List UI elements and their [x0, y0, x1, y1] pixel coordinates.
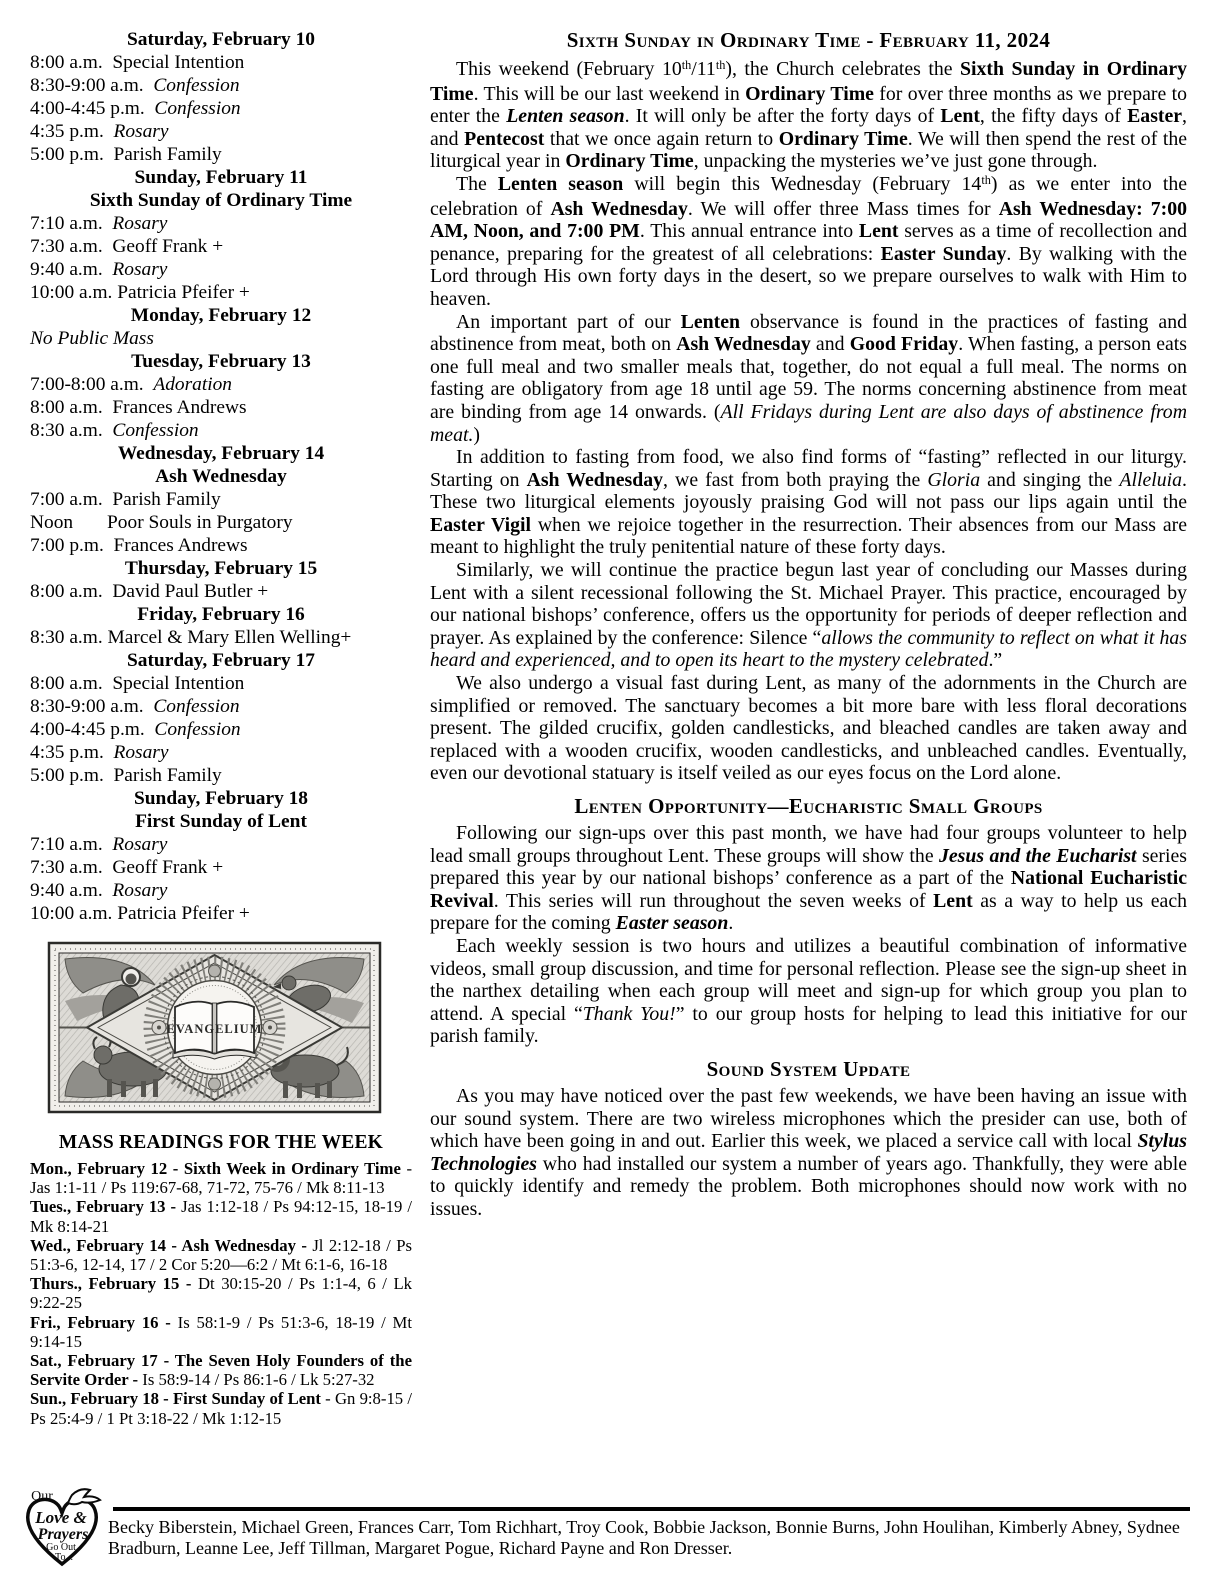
text-run: Lent — [933, 890, 973, 912]
heart-text-love: Love & — [34, 1508, 87, 1527]
text-run: Lent — [859, 220, 899, 242]
heart-text-our: Our — [31, 1489, 53, 1504]
text-run: Easter Sunday — [881, 243, 1007, 265]
text-run: Mon., February 12 - Sixth Week in Ordina… — [30, 1159, 401, 1178]
text-run: Easter — [1127, 105, 1182, 127]
text-run: An important part of our — [456, 311, 681, 333]
schedule-day-header: Sunday, February 18 — [30, 787, 412, 810]
text-run: Lent — [940, 105, 980, 127]
text-run: 4:35 p.m. — [30, 742, 114, 763]
schedule-day-header: Friday, February 16 — [30, 603, 412, 626]
text-run: Confession — [112, 420, 198, 441]
text-run: . It will only be after the forty days o… — [625, 105, 941, 127]
text-run: 7:00-8:00 a.m. — [30, 374, 153, 395]
mass-schedule-column: Saturday, February 108:00 a.m. Special I… — [30, 28, 412, 1428]
schedule-entry: 8:00 a.m. Frances Andrews — [30, 396, 412, 419]
text-run: 7:30 a.m. Geoff Frank + — [30, 236, 223, 257]
text-run: Rosary — [112, 834, 167, 855]
text-run: 8:30-9:00 a.m. — [30, 75, 153, 96]
text-run: 8:00 a.m. Special Intention — [30, 52, 244, 73]
text-run: Ordinary Time — [745, 83, 874, 105]
text-run: Lenten — [681, 311, 740, 333]
bulletin-page: Saturday, February 108:00 a.m. Special I… — [0, 0, 1224, 1584]
reading-item: Mon., February 12 - Sixth Week in Ordina… — [30, 1159, 412, 1197]
schedule-entry: 7:10 a.m. Rosary — [30, 833, 412, 856]
text-run: 5:00 p.m. Parish Family — [30, 765, 222, 786]
text-run: Confession — [154, 98, 240, 119]
schedule-day-header: Saturday, February 17 — [30, 649, 412, 672]
text-run: th — [682, 58, 692, 72]
text-run: ), the Church celebrates the — [725, 58, 960, 80]
heart-text-prayers: Prayers — [37, 1526, 89, 1543]
schedule-day-header: Sixth Sunday of Ordinary Time — [30, 189, 412, 212]
text-run: Rosary — [112, 213, 167, 234]
text-run: Jesus and the Eucharist — [939, 845, 1137, 867]
text-run: Rosary — [112, 259, 167, 280]
text-run: Sun., February 18 - First Sunday of Lent — [30, 1389, 321, 1408]
text-run: Thurs., February 15 - — [30, 1274, 198, 1293]
text-run: .” — [988, 649, 1002, 671]
text-run: Noon Poor Souls in Purgatory — [30, 512, 293, 533]
text-run: 8:00 a.m. Frances Andrews — [30, 397, 247, 418]
schedule-entry: 8:30 a.m. Confession — [30, 419, 412, 442]
evangelium-engraving-image: EVANGELIUM — [47, 941, 382, 1114]
text-run: 7:10 a.m. — [30, 213, 112, 234]
schedule-entry: 8:30 a.m. Marcel & Mary Ellen Welling+ — [30, 626, 412, 649]
text-run: Confession — [154, 719, 240, 740]
schedule-entry: 9:40 a.m. Rosary — [30, 879, 412, 902]
mass-readings-title: MASS READINGS FOR THE WEEK — [30, 1132, 412, 1154]
schedule-entry: 8:30-9:00 a.m. Confession — [30, 695, 412, 718]
section-heading: Sixth Sunday in Ordinary Time - February… — [430, 28, 1187, 53]
reading-item: Tues., February 13 - Jas 1:12-18 / Ps 94… — [30, 1197, 412, 1235]
text-run: 10:00 a.m. Patricia Pfeifer + — [30, 903, 250, 924]
article-paragraph: As you may have noticed over the past fe… — [430, 1085, 1187, 1221]
text-run: This weekend (February 10 — [456, 58, 682, 80]
schedule-entry: 8:30-9:00 a.m. Confession — [30, 74, 412, 97]
text-run: 10:00 a.m. Patricia Pfeifer + — [30, 282, 250, 303]
mass-readings-list: Mon., February 12 - Sixth Week in Ordina… — [30, 1159, 412, 1428]
text-run: Easter season — [616, 912, 729, 934]
text-run: /11 — [691, 58, 716, 80]
schedule-entry: 4:35 p.m. Rosary — [30, 741, 412, 764]
schedule-entry: 4:00-4:45 p.m. Confession — [30, 97, 412, 120]
text-run: 4:00-4:45 p.m. — [30, 719, 154, 740]
schedule-entry: No Public Mass — [30, 327, 412, 350]
text-run: 9:40 a.m. — [30, 880, 112, 901]
schedule-entry: 9:40 a.m. Rosary — [30, 258, 412, 281]
text-run: Pentecost — [464, 128, 544, 150]
article-paragraph: In addition to fasting from food, we als… — [430, 446, 1187, 559]
footer-divider-line — [113, 1507, 1190, 1511]
open-book-icon: EVANGELIUM — [167, 1002, 263, 1059]
schedule-day-header: First Sunday of Lent — [30, 810, 412, 833]
text-run: Adoration — [153, 374, 232, 395]
text-run: We also undergo a visual fast during Len… — [430, 672, 1187, 784]
reading-item: Wed., February 14 - Ash Wednesday - Jl 2… — [30, 1236, 412, 1274]
schedule-day-header: Saturday, February 10 — [30, 28, 412, 51]
reading-item: Sat., February 17 - The Seven Holy Found… — [30, 1351, 412, 1389]
article-paragraph: This weekend (February 10th/11th), the C… — [430, 58, 1187, 173]
heart-icon: Our Love & Prayers Go Out To... — [20, 1486, 104, 1568]
text-run: Confession — [153, 75, 239, 96]
text-run: Rosary — [114, 742, 169, 763]
text-run: 4:35 p.m. — [30, 121, 114, 142]
text-run: , the fifty days of — [980, 105, 1127, 127]
text-run: The — [456, 173, 498, 195]
text-run: 9:40 a.m. — [30, 259, 112, 280]
text-run: that we once again return to — [544, 128, 778, 150]
text-run: and singing the — [980, 469, 1119, 491]
schedule-entry: 10:00 a.m. Patricia Pfeifer + — [30, 281, 412, 304]
schedule-entry: 7:10 a.m. Rosary — [30, 212, 412, 235]
text-run: 8:30-9:00 a.m. — [30, 696, 153, 717]
text-run: Fri., February 16 - — [30, 1313, 178, 1332]
text-run: who had installed our system a number of… — [430, 1153, 1187, 1220]
text-run: th — [716, 58, 726, 72]
text-run: Tues., February 13 - — [30, 1197, 181, 1216]
schedule-entry: 7:30 a.m. Geoff Frank + — [30, 856, 412, 879]
article-column: Sixth Sunday in Ordinary Time - February… — [430, 28, 1187, 1221]
text-run: As you may have noticed over the past fe… — [430, 1085, 1187, 1152]
text-run: 7:10 a.m. — [30, 834, 112, 855]
text-run: 7:30 a.m. Geoff Frank + — [30, 857, 223, 878]
schedule-day-header: Ash Wednesday — [30, 465, 412, 488]
text-run: . This will be our last weekend in — [474, 83, 746, 105]
article-paragraph: An important part of our Lenten observan… — [430, 311, 1187, 447]
schedule-entry: 7:30 a.m. Geoff Frank + — [30, 235, 412, 258]
text-run: will begin this Wednesday (February 14 — [623, 173, 981, 195]
text-run: Gloria — [927, 469, 980, 491]
schedule-entry: 5:00 p.m. Parish Family — [30, 764, 412, 787]
text-run: . This series will run throughout the se… — [494, 890, 933, 912]
text-run: Ash Wednesday — [527, 469, 663, 491]
article-paragraph: We also undergo a visual fast during Len… — [430, 672, 1187, 785]
text-run: Is 58:9-14 / Ps 86:1-6 / Lk 5:27-32 — [142, 1370, 374, 1389]
heart-text-to: To... — [55, 1552, 73, 1563]
text-run: 5:00 p.m. Parish Family — [30, 144, 222, 165]
text-run: 8:30 a.m. Marcel & Mary Ellen Welling+ — [30, 627, 351, 648]
article-paragraph: Similarly, we will continue the practice… — [430, 559, 1187, 672]
text-run: Lenten season — [498, 173, 623, 195]
schedule-entry: 7:00-8:00 a.m. Adoration — [30, 373, 412, 396]
schedule-entry: 8:00 a.m. Special Intention — [30, 51, 412, 74]
text-run: 7:00 a.m. Parish Family — [30, 489, 221, 510]
section-heading: Lenten Opportunity—Eucharistic Small Gro… — [430, 794, 1187, 819]
schedule-day-header: Sunday, February 11 — [30, 166, 412, 189]
prayer-list-names: Becky Biberstein, Michael Green, Frances… — [108, 1517, 1190, 1559]
text-run: th — [981, 173, 991, 187]
reading-item: Fri., February 16 - Is 58:1-9 / Ps 51:3-… — [30, 1313, 412, 1351]
schedule-entry: 5:00 p.m. Parish Family — [30, 143, 412, 166]
text-run: Ordinary Time — [779, 128, 908, 150]
text-run: 4:00-4:45 p.m. — [30, 98, 154, 119]
schedule-entry: 8:00 a.m. David Paul Butler + — [30, 580, 412, 603]
text-run: Wed., February 14 - Ash Wednesday - — [30, 1236, 312, 1255]
text-run: 8:30 a.m. — [30, 420, 112, 441]
schedule-entry: 7:00 p.m. Frances Andrews — [30, 534, 412, 557]
schedule-entry: Noon Poor Souls in Purgatory — [30, 511, 412, 534]
schedule-entry: 4:00-4:45 p.m. Confession — [30, 718, 412, 741]
evangelium-caption: EVANGELIUM — [167, 1022, 263, 1036]
reading-item: Sun., February 18 - First Sunday of Lent… — [30, 1389, 412, 1427]
section-heading: Sound System Update — [430, 1057, 1187, 1082]
text-run: No Public Mass — [30, 328, 154, 349]
mass-schedule-list: Saturday, February 108:00 a.m. Special I… — [30, 28, 412, 925]
text-run: Thank You! — [583, 1003, 676, 1025]
text-run: Rosary — [114, 121, 169, 142]
text-run: . We will offer three Mass times for — [688, 198, 999, 220]
text-run: when we rejoice together in the resurrec… — [430, 514, 1187, 559]
article-paragraph: The Lenten season will begin this Wednes… — [430, 173, 1187, 311]
text-run: 7:00 p.m. Frances Andrews — [30, 535, 248, 556]
reading-item: Thurs., February 15 - Dt 30:15-20 / Ps 1… — [30, 1274, 412, 1312]
text-run: ) — [473, 424, 480, 446]
text-run: Alleluia — [1119, 469, 1182, 491]
schedule-day-header: Tuesday, February 13 — [30, 350, 412, 373]
text-run: Lenten season — [506, 105, 624, 127]
schedule-day-header: Monday, February 12 — [30, 304, 412, 327]
text-run: Good Friday — [850, 333, 959, 355]
text-run: Rosary — [112, 880, 167, 901]
text-run: and — [811, 333, 850, 355]
text-run: 8:00 a.m. Special Intention — [30, 673, 244, 694]
text-run: . — [728, 912, 733, 934]
mass-readings-section: MASS READINGS FOR THE WEEK Mon., Februar… — [30, 1132, 412, 1428]
text-run: , we fast from both praying the — [663, 469, 927, 491]
text-run: 8:00 a.m. David Paul Butler + — [30, 581, 268, 602]
text-run: Confession — [153, 696, 239, 717]
evangelium-engraving: EVANGELIUM — [47, 941, 382, 1114]
schedule-day-header: Thursday, February 15 — [30, 557, 412, 580]
dove-icon — [68, 1489, 100, 1504]
text-run: Ash Wednesday — [550, 198, 687, 220]
schedule-entry: 10:00 a.m. Patricia Pfeifer + — [30, 902, 412, 925]
text-run: Ordinary Time — [565, 150, 693, 172]
article-paragraph: Following our sign-ups over this past mo… — [430, 822, 1187, 935]
text-run: Easter Vigil — [430, 514, 531, 536]
text-run: , unpacking the mysteries we’ve just gon… — [694, 150, 1098, 172]
article-paragraph: Each weekly session is two hours and uti… — [430, 935, 1187, 1048]
text-run: . This annual entrance into — [640, 220, 859, 242]
schedule-entry: 7:00 a.m. Parish Family — [30, 488, 412, 511]
schedule-entry: 4:35 p.m. Rosary — [30, 120, 412, 143]
schedule-day-header: Wednesday, February 14 — [30, 442, 412, 465]
schedule-entry: 8:00 a.m. Special Intention — [30, 672, 412, 695]
text-run: Ash Wednesday — [676, 333, 811, 355]
love-and-prayers-graphic: Our Love & Prayers Go Out To... — [20, 1486, 104, 1568]
